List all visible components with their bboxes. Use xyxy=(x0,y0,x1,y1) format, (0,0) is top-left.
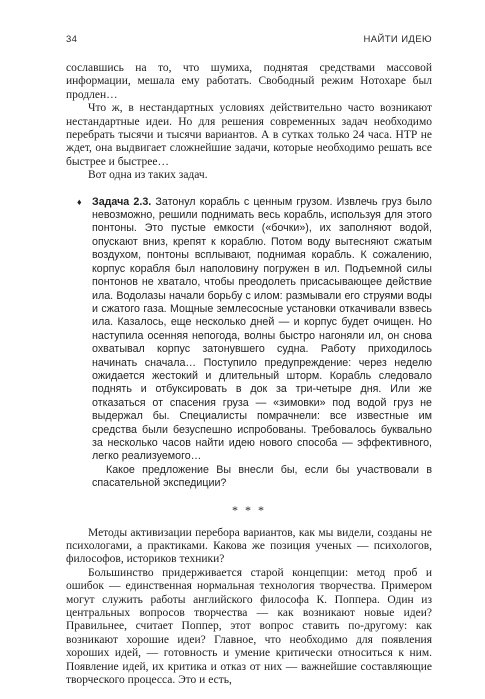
paragraph-intro-3: Вот одна из таких задач. xyxy=(66,169,432,182)
page-number: 34 xyxy=(66,34,77,45)
running-head: 34 НАЙТИ ИДЕЮ xyxy=(66,34,432,45)
task-label: Задача 2.3. xyxy=(92,196,151,208)
running-title: НАЙТИ ИДЕЮ xyxy=(364,34,433,45)
section-separator: * * * xyxy=(66,503,432,518)
paragraph-intro-2: Что ж, в нестандартных условиях действит… xyxy=(66,102,432,169)
diamond-bullet-icon: ♦ xyxy=(77,196,82,209)
paragraph-after-2: Большинство придерживается старой концеп… xyxy=(66,567,432,688)
task-question: Какое предложение Вы внесли бы, если бы … xyxy=(92,464,432,491)
task-block: ♦ Задача 2.3. Затонул корабль с ценным г… xyxy=(92,196,432,491)
book-page: 34 НАЙТИ ИДЕЮ сославшись на то, что шуми… xyxy=(0,0,485,699)
paragraph-after-1: Методы активизации перебора вариантов, к… xyxy=(66,527,432,567)
task-body: Затонул корабль с ценным грузом. Извлечь… xyxy=(92,196,432,463)
task-text: Задача 2.3. Затонул корабль с ценным гру… xyxy=(92,196,432,464)
paragraph-intro-continuation: сославшись на то, что шумиха, поднятая с… xyxy=(66,62,432,102)
